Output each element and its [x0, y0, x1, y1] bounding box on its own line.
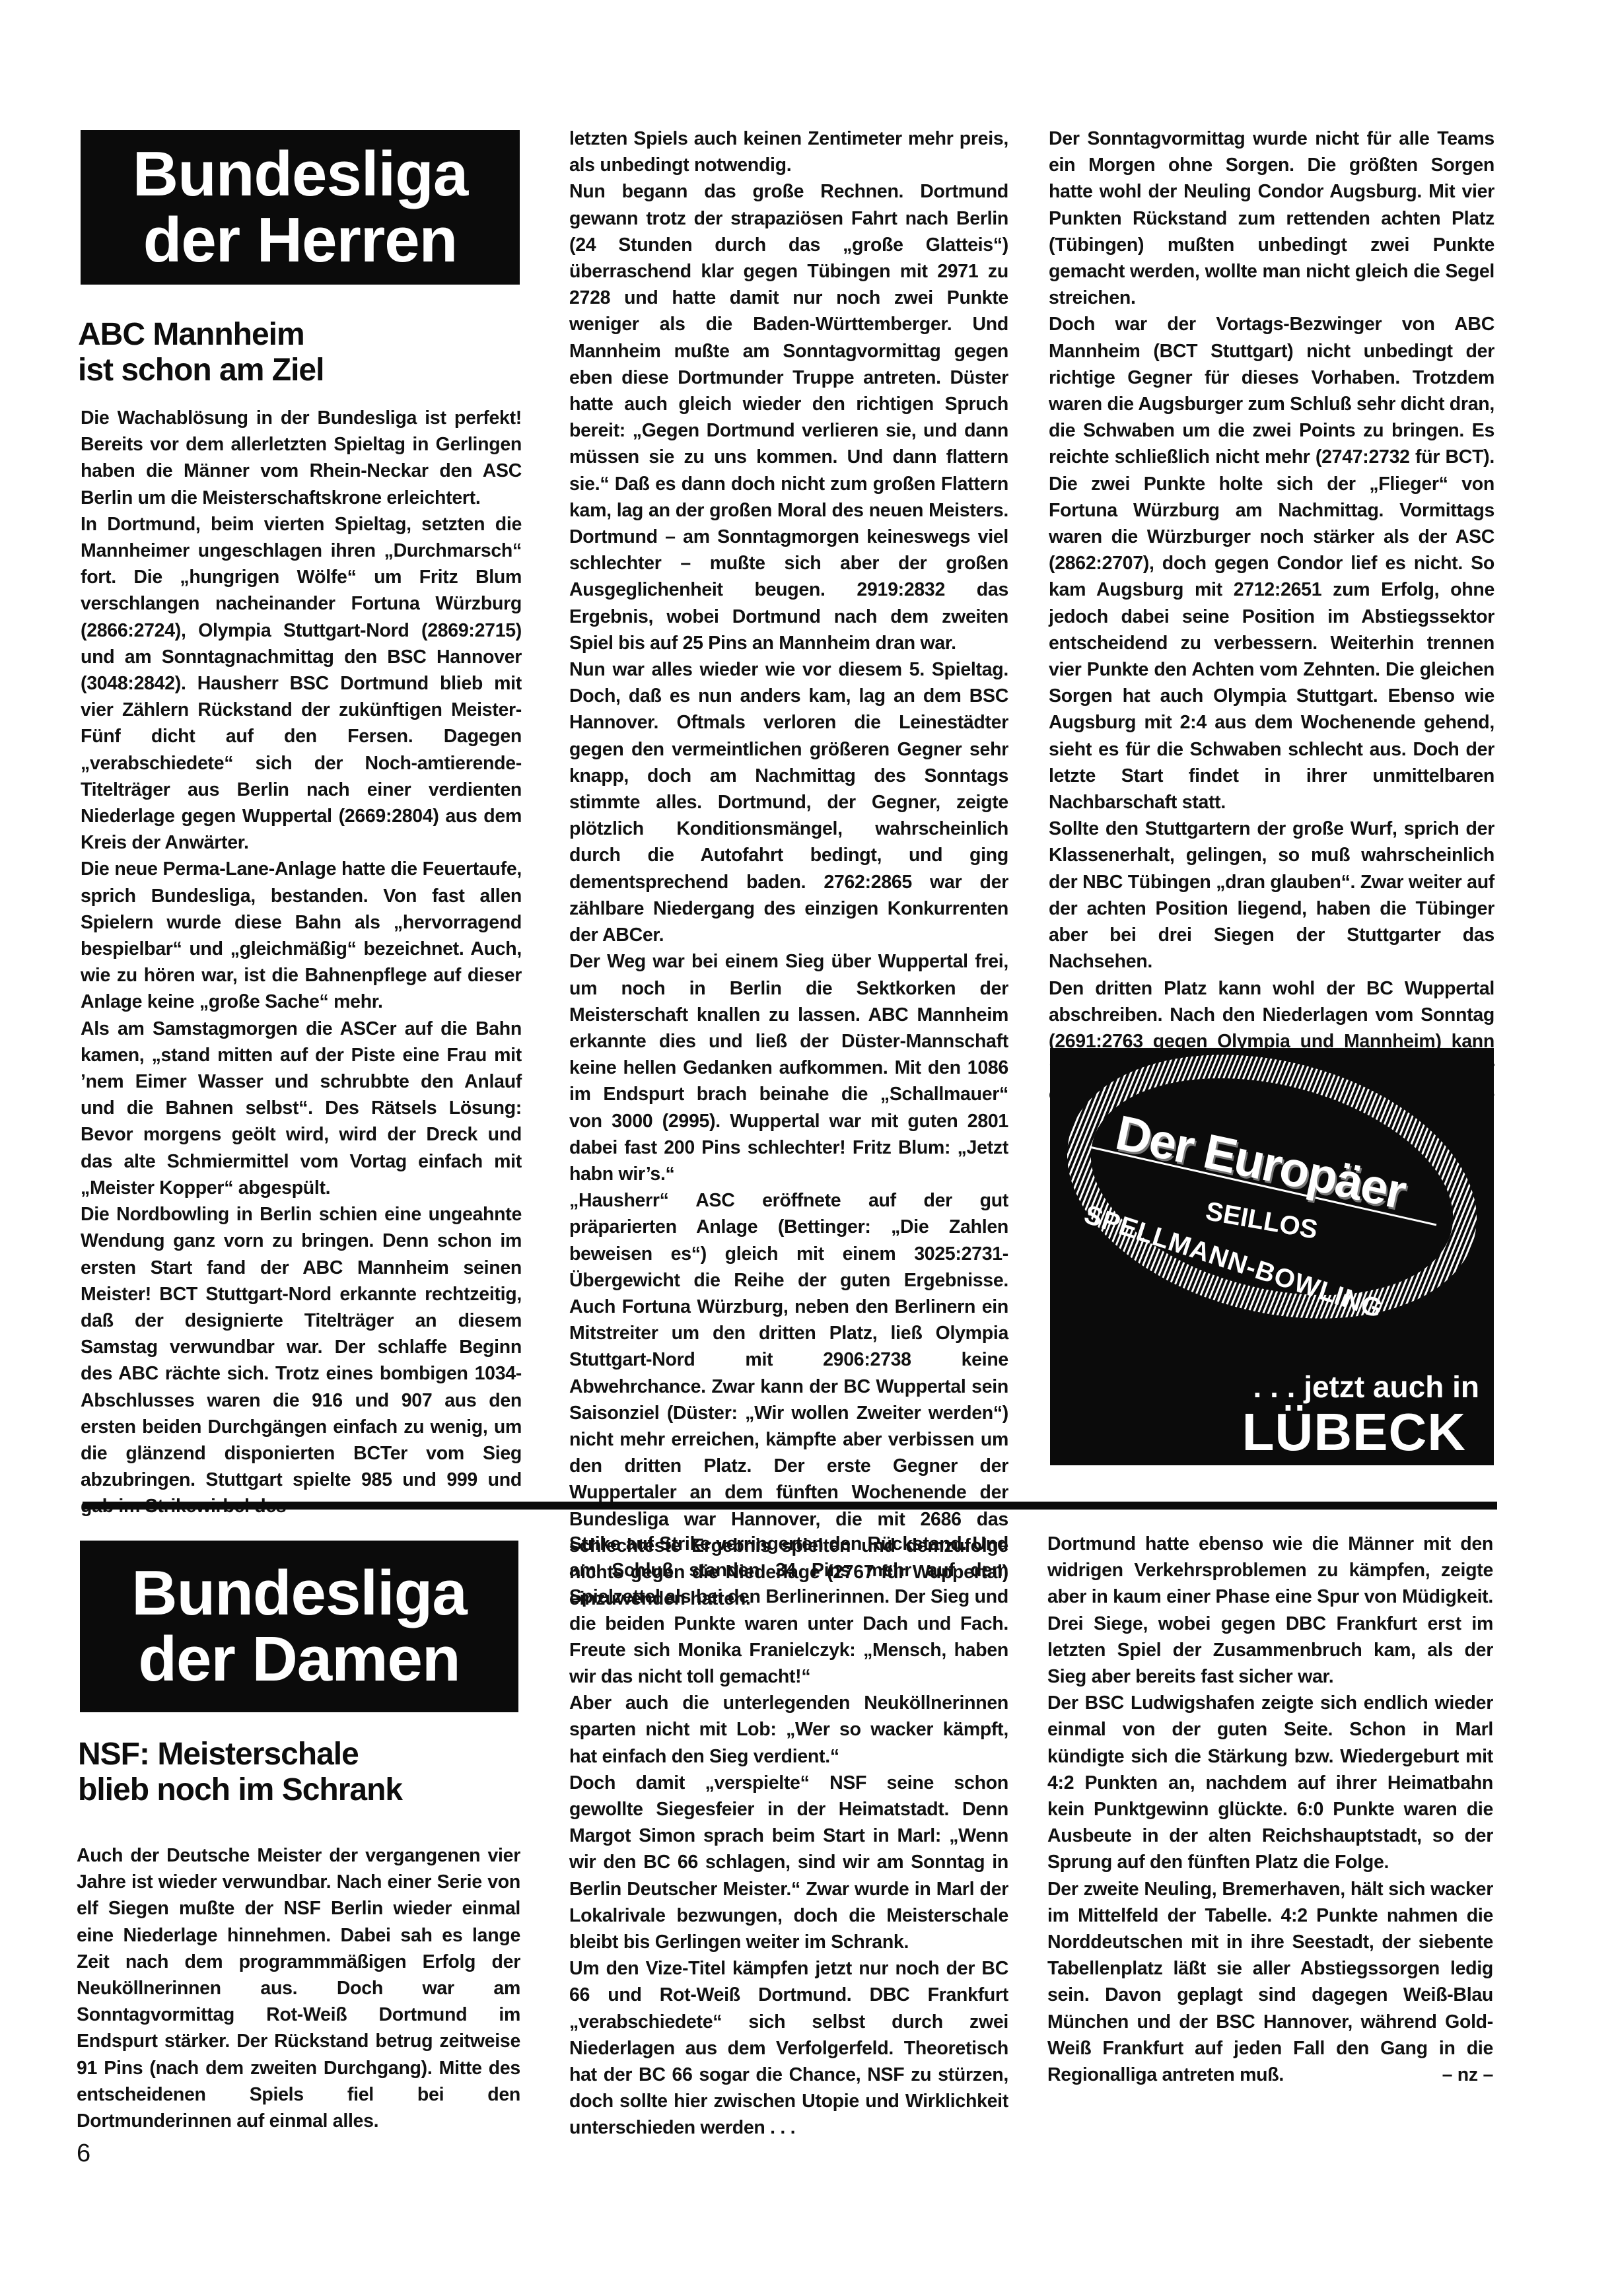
damen-article-headline: NSF: Meisterschale blieb noch im Schrank	[78, 1737, 527, 1808]
ad-city: LÜBECK	[1123, 1402, 1466, 1463]
banner-title-line2: der Herren	[143, 207, 458, 273]
herren-article-headline: ABC Mannheim ist schon am Ziel	[78, 317, 527, 388]
banner-title-line2: der Damen	[138, 1626, 460, 1692]
herren-column-1: Die Wachablösung in der Bundesliga ist p…	[81, 405, 522, 1520]
herren-section-banner: Bundesliga der Herren	[81, 130, 520, 285]
spellmann-bowling-ad: Der Europäer SEILLOS SPELLMANN-BOWLING .…	[1050, 1048, 1494, 1465]
paragraph: Nun war alles wieder wie vor diesem 5. S…	[569, 656, 1008, 948]
herren-column-3: Der Sonntagvormittag wurde nicht für all…	[1049, 125, 1494, 1108]
paragraph: Der Sonntagvormittag wurde nicht für all…	[1049, 125, 1494, 311]
paragraph: Strike auf Strike verringerten den Rücks…	[569, 1531, 1008, 1690]
paragraph: Nun begann das große Rechnen. Dortmund g…	[569, 178, 1008, 656]
damen-section-banner: Bundesliga der Damen	[80, 1541, 518, 1712]
damen-column-1: Auch der Deutsche Meister der vergangene…	[77, 1842, 520, 2134]
paragraph: Um den Vize-Titel kämpfen jetzt nur noch…	[569, 1955, 1008, 2141]
paragraph: Die Nordbowling in Berlin schien eine un…	[81, 1201, 522, 1519]
paragraph: Aber auch die unterlegenden Neuköllnerin…	[569, 1690, 1008, 1770]
paragraph: letzten Spiels auch keinen Zentimeter me…	[569, 125, 1008, 178]
paragraph: Der Weg war bei einem Sieg über Wupperta…	[569, 948, 1008, 1187]
paragraph: Sollte den Stuttgartern der große Wurf, …	[1049, 816, 1494, 975]
banner-title-line1: Bundesliga	[131, 1560, 466, 1626]
paragraph: Die Wachablösung in der Bundesliga ist p…	[81, 405, 522, 511]
paragraph: Dortmund hatte ebenso wie die Männer mit…	[1047, 1531, 1493, 1690]
paragraph: Doch damit „verspielte“ NSF seine schon …	[569, 1770, 1008, 1955]
ad-tagline: . . . jetzt auch in	[1123, 1369, 1479, 1405]
paragraph: Doch war der Vortags-Bezwinger von ABC M…	[1049, 311, 1494, 816]
paragraph: Der zweite Neuling, Bremerhaven, hält si…	[1047, 1876, 1493, 2089]
paragraph: Als am Samstagmorgen die ASCer auf die B…	[81, 1016, 522, 1201]
section-separator-rule	[83, 1502, 1497, 1510]
damen-column-2: Strike auf Strike verringerten den Rücks…	[569, 1531, 1008, 2141]
damen-column-3: Dortmund hatte ebenso wie die Männer mit…	[1047, 1531, 1493, 2088]
banner-title-line1: Bundesliga	[133, 141, 468, 207]
headline-line1: ABC Mannheim	[78, 317, 527, 353]
paragraph: Die neue Perma-Lane-Anlage hatte die Feu…	[81, 856, 522, 1015]
herren-column-2: letzten Spiels auch keinen Zentimeter me…	[569, 125, 1008, 1612]
paragraph: In Dortmund, beim vierten Spieltag, setz…	[81, 511, 522, 856]
paragraph: Der BSC Ludwigshafen zeigte sich endlich…	[1047, 1690, 1493, 1875]
headline-line2: blieb noch im Schrank	[78, 1772, 527, 1808]
paragraph: Auch der Deutsche Meister der vergangene…	[77, 1842, 520, 2134]
page-number: 6	[77, 2139, 90, 2168]
headline-line2: ist schon am Ziel	[78, 353, 527, 388]
headline-line1: NSF: Meisterschale	[78, 1737, 527, 1772]
author-signature: – nz –	[1442, 2062, 1493, 2088]
